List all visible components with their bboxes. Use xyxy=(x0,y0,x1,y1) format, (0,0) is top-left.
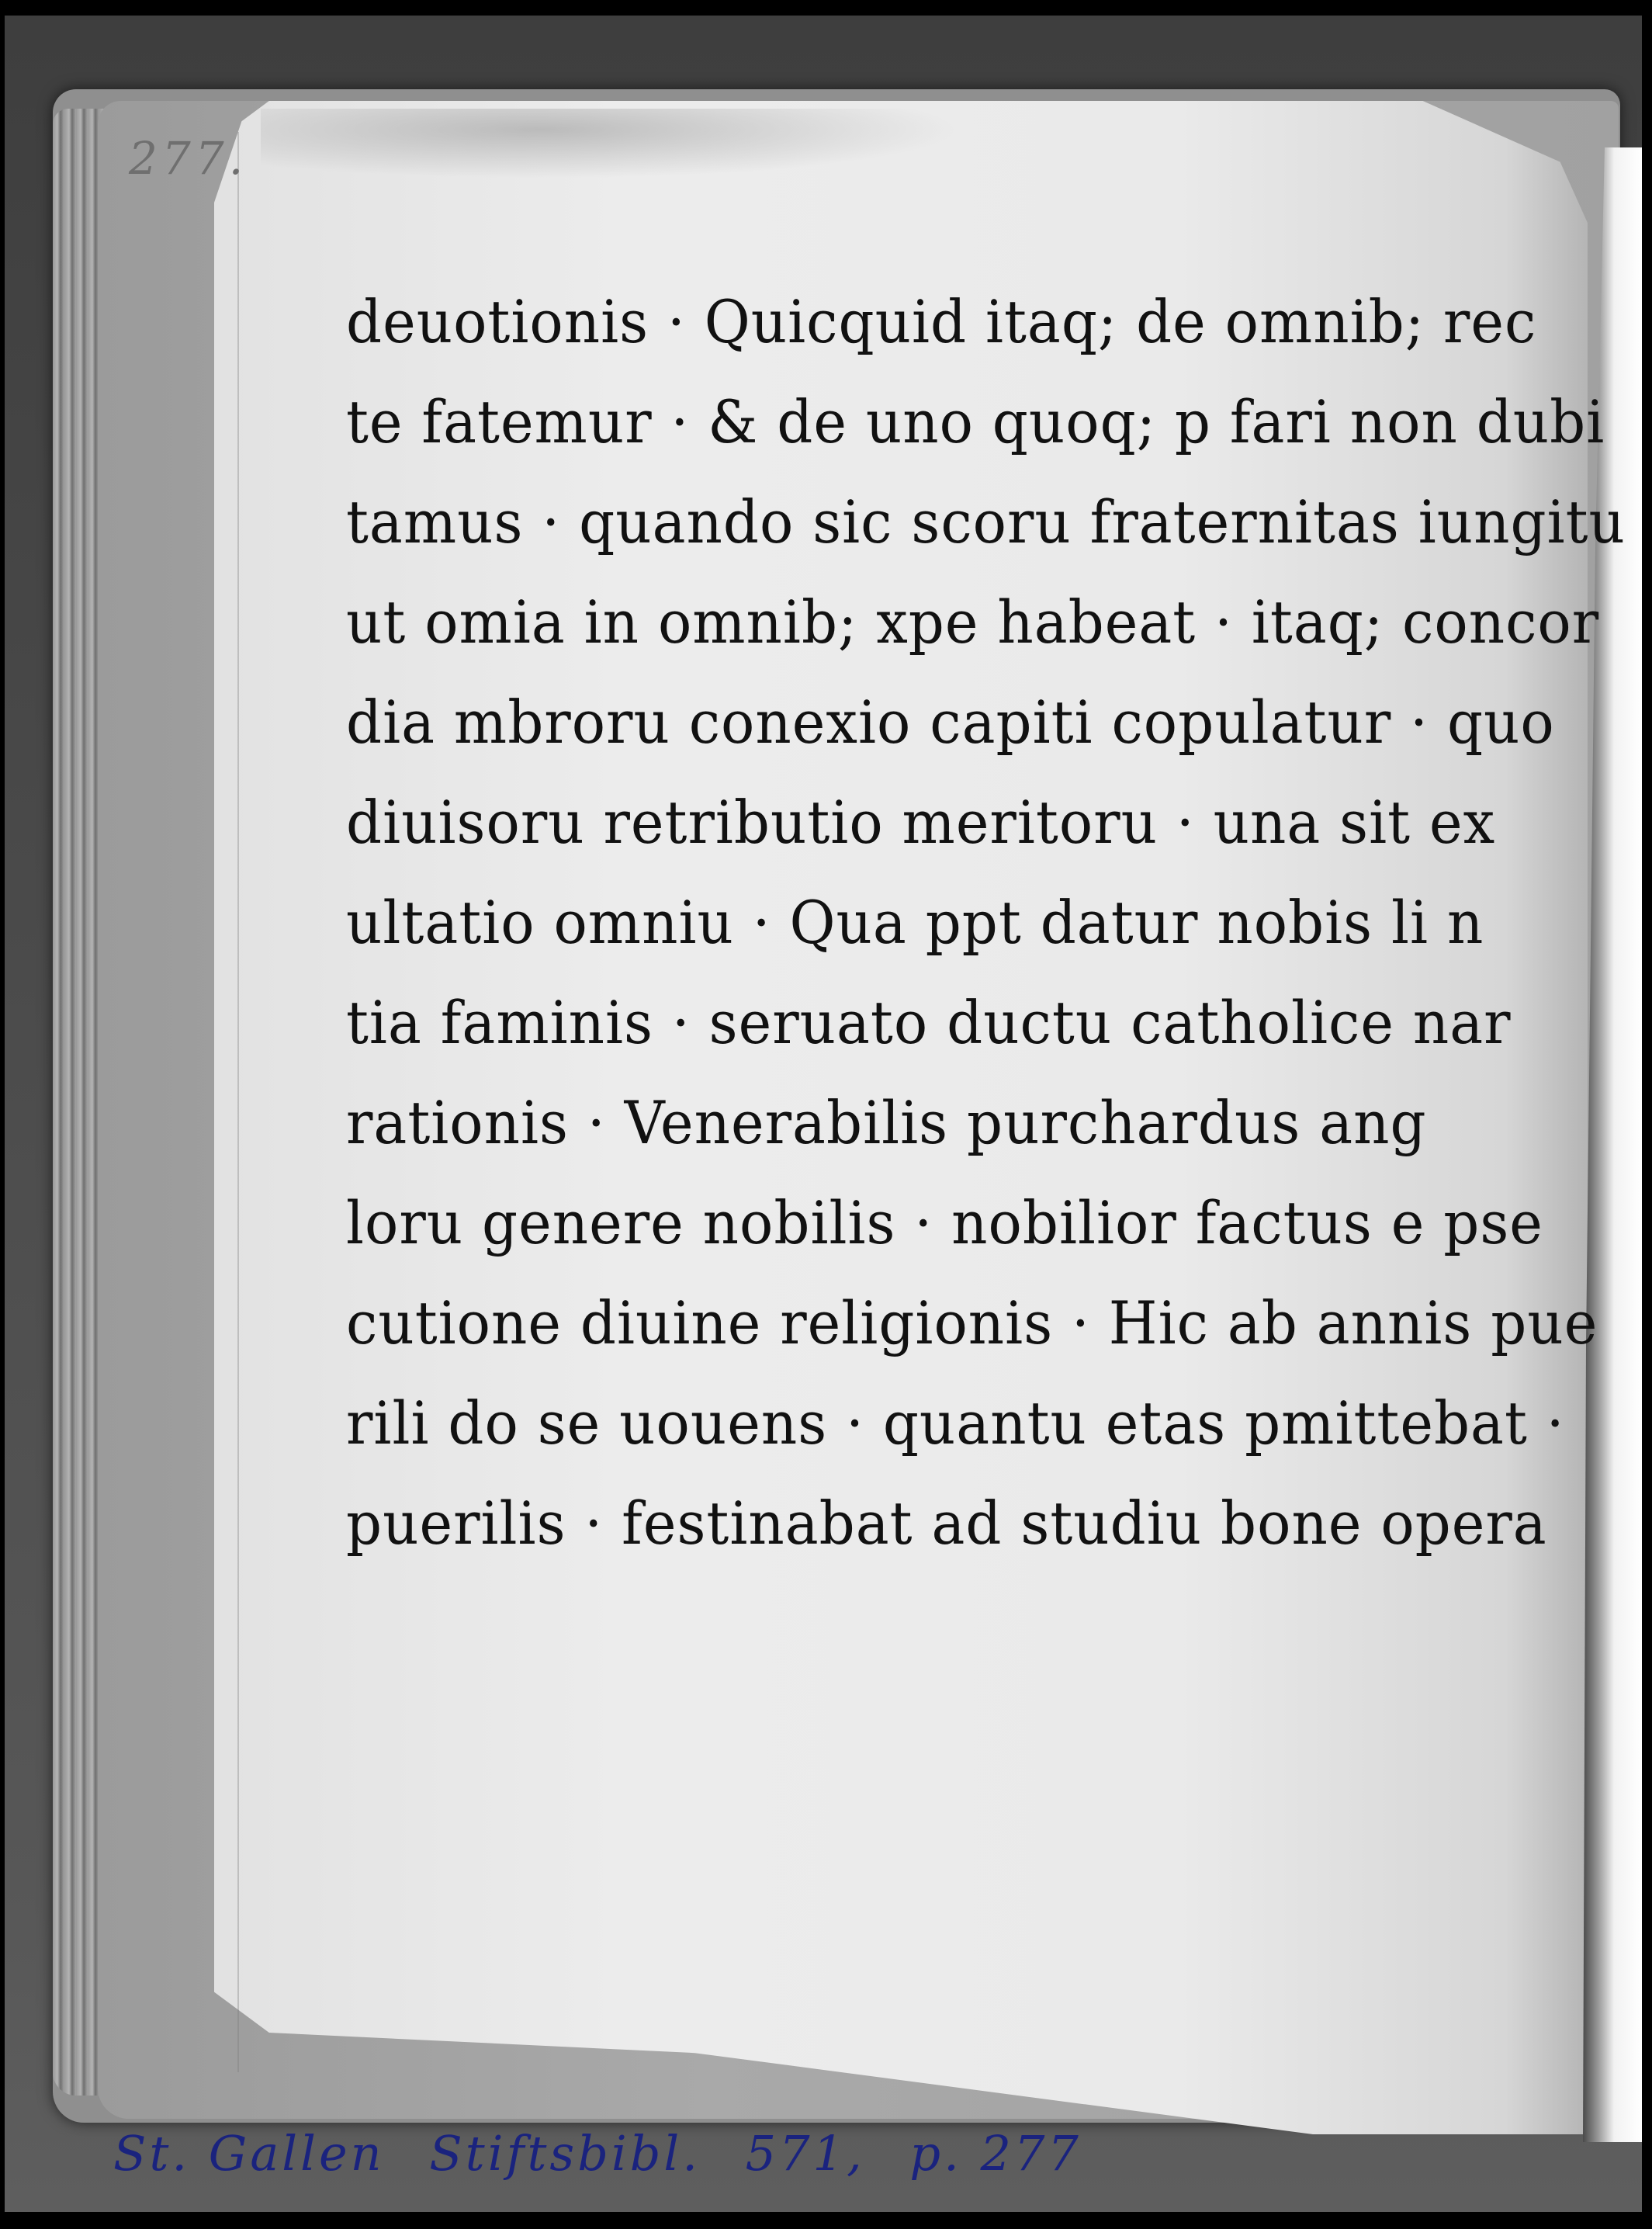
caption-library: St. Gallen xyxy=(113,2125,385,2182)
caption-page: p. 277 xyxy=(909,2125,1081,2182)
pagination-mark: 277. xyxy=(129,132,248,185)
shelfmark-caption: St. Gallen Stiftsbibl. 571, p. 277 xyxy=(113,2125,1108,2182)
manuscript-line: rationis · Venerabilis purchardus ang xyxy=(346,1078,1557,1183)
manuscript-line: cutione diuine religionis · Hic ab annis… xyxy=(346,1278,1557,1383)
photo-frame: 277. deuotionis · Quicquid itaq; de omni… xyxy=(5,16,1642,2212)
caption-codex: 571, xyxy=(746,2125,865,2182)
manuscript-text-block: deuotionis · Quicquid itaq; de omnib; re… xyxy=(346,279,1557,1581)
manuscript-line: deuotionis · Quicquid itaq; de omnib; re… xyxy=(346,277,1557,382)
manuscript-line: loru genere nobilis · nobilior factus e … xyxy=(346,1178,1557,1283)
water-stain xyxy=(261,109,959,179)
manuscript-line: dia mbroru conexio capiti copulatur · qu… xyxy=(346,678,1557,782)
manuscript-line: ultatio omniu · Qua ppt datur nobis li n xyxy=(346,878,1557,983)
manuscript-line: ut omia in omnib; xpe habeat · itaq; con… xyxy=(346,577,1557,682)
manuscript-line: puerilis · festinabat ad studiu bone ope… xyxy=(346,1478,1557,1583)
caption-collection: Stiftsbibl. xyxy=(429,2125,701,2182)
manuscript-line: tia faminis · seruato ductu catholice na… xyxy=(346,978,1557,1083)
margin-ruling-line xyxy=(237,132,239,2072)
manuscript-line: te fatemur · & de uno quoq; p fari non d… xyxy=(346,377,1557,482)
manuscript-line: tamus · quando sic scoru fraternitas iun… xyxy=(346,477,1557,582)
manuscript-line: diuisoru retributio meritoru · una sit e… xyxy=(346,778,1557,882)
manuscript-line: rili do se uouens · quantu etas pmitteba… xyxy=(346,1378,1557,1483)
